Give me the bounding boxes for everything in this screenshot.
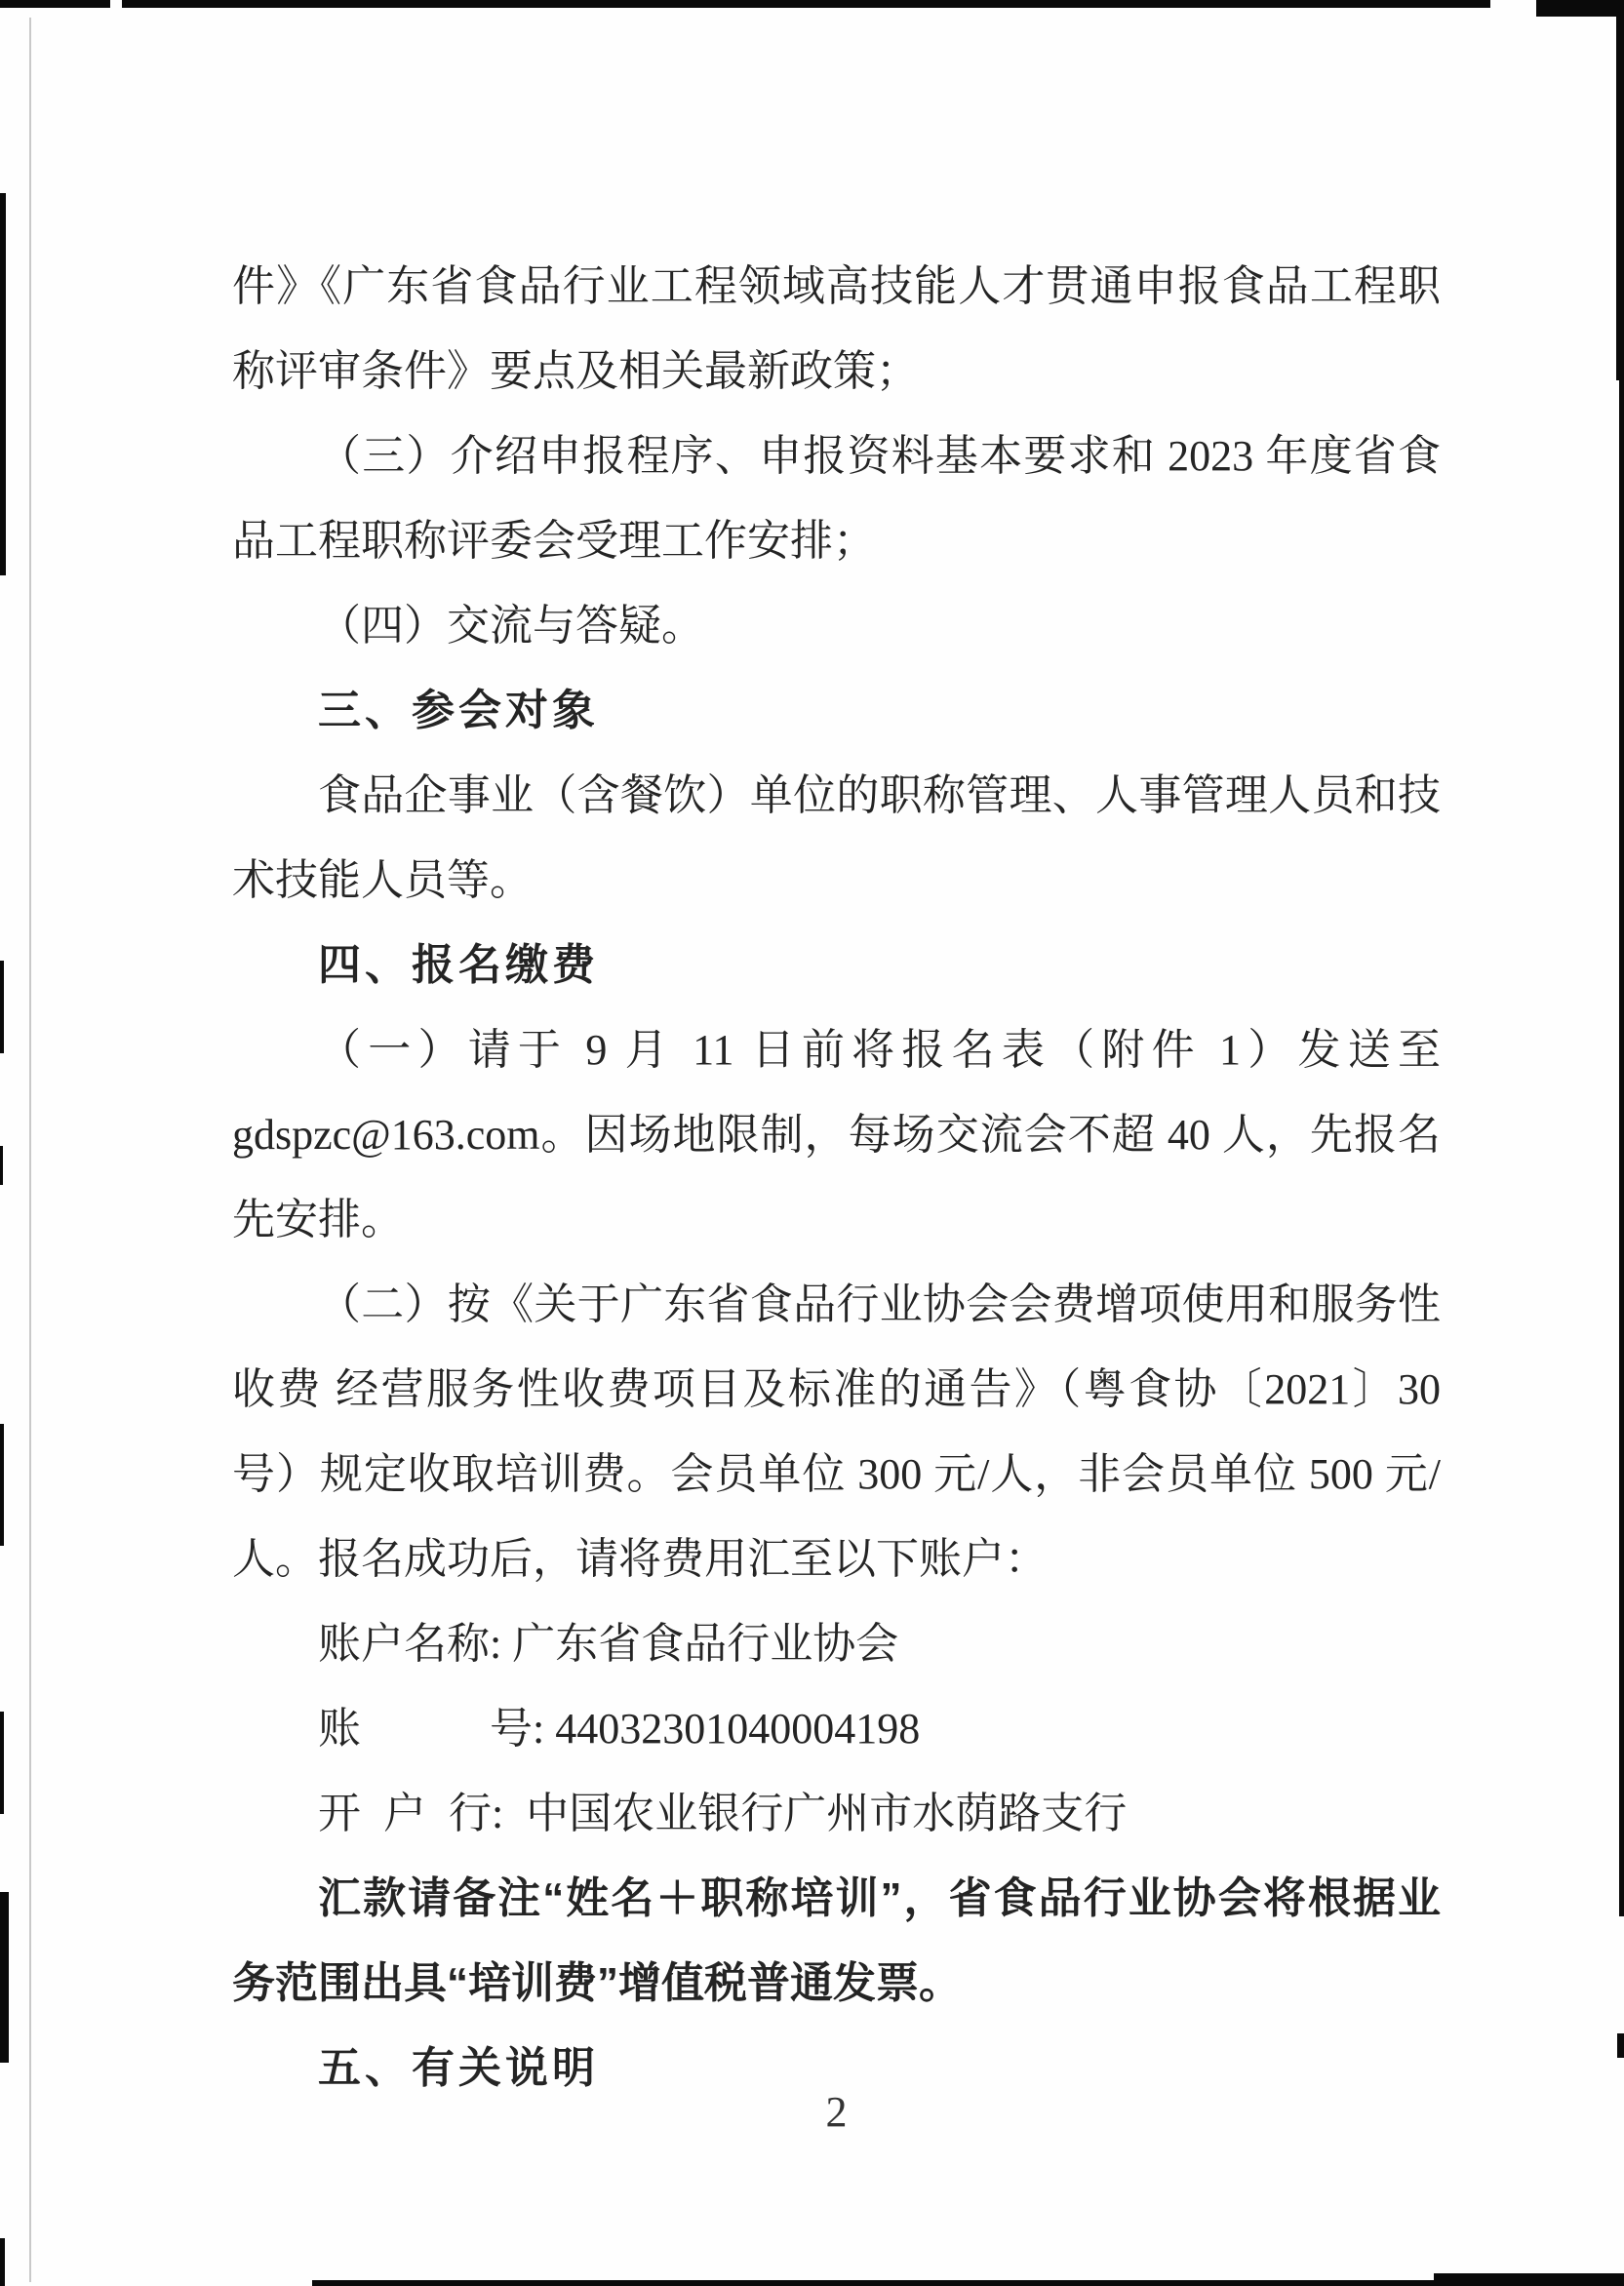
account-name-line: 账户名称: 广东省食品行业协会: [232, 1618, 1441, 1671]
document-page: 件》《广东省食品行业工程领域高技能人才贯通申报食品工程职 称评审条件》要点及相关…: [0, 0, 1624, 2286]
scan-edge-artifact: [1619, 380, 1624, 1916]
scan-edge-artifact: [1617, 2033, 1624, 2058]
text-line-1: 件》《广东省食品行业工程领域高技能人才贯通申报食品工程职: [232, 260, 1441, 313]
scan-edge-artifact: [0, 1146, 3, 1185]
text-line-10: （一）请于 9 月 11 日前将报名表（附件 1）发送至: [232, 1024, 1441, 1077]
scan-edge-artifact: [0, 961, 4, 1053]
page-number: 2: [232, 2087, 1441, 2137]
text-line-13: （二）按《关于广东省食品行业协会会费增项使用和服务性: [232, 1279, 1441, 1331]
scan-edge-artifact: [0, 193, 6, 575]
text-line-14: 收费 经营服务性收费项目及标准的通告》（粤食协〔2021〕30: [232, 1363, 1441, 1416]
scan-edge-artifact: [1616, 0, 1624, 380]
section-heading-participants: 三、参会对象: [232, 685, 1441, 737]
section-heading-registration: 四、报名缴费: [232, 939, 1441, 992]
text-line-3: （三）介绍申报程序、申报资料基本要求和 2023 年度省食: [232, 430, 1441, 483]
scan-edge-artifact: [0, 0, 110, 8]
scan-edge-artifact: [0, 1712, 4, 1814]
scan-edge-artifact: [312, 2280, 1624, 2286]
remittance-note-line-2: 务范围出具“培训费”增值税普通发票。: [232, 1957, 1441, 2010]
bank-branch-line: 开 户 行: 中国农业银行广州市水荫路支行: [232, 1788, 1441, 1840]
scan-edge-artifact: [0, 1424, 4, 1546]
text-line-12: 先安排。: [232, 1194, 1441, 1246]
scan-edge-artifact: [0, 2238, 5, 2286]
text-line-15: 号）规定收取培训费。会员单位 300 元/人，非会员单位 500 元/: [232, 1448, 1441, 1501]
text-line-11: gdspzc@163.com。因场地限制，每场交流会不超 40 人，先报名: [232, 1109, 1441, 1162]
scan-edge-artifact: [122, 0, 1490, 8]
text-line-5: （四）交流与答疑。: [232, 600, 1441, 652]
scan-edge-artifact: [0, 1892, 9, 2063]
remittance-note-line-1: 汇款请备注“姓名＋职称培训”，省食品行业协会将根据业: [232, 1872, 1441, 1925]
account-number-line: 账 号: 44032301040004198: [232, 1703, 1441, 1755]
paper-fold-line: [29, 18, 31, 2282]
text-line-16: 人。报名成功后，请将费用汇至以下账户：: [232, 1533, 1441, 1586]
scan-edge-artifact: [1536, 0, 1624, 17]
text-line-7: 食品企事业（含餐饮）单位的职称管理、人事管理人员和技: [232, 769, 1441, 822]
text-line-4: 品工程职称评委会受理工作安排；: [232, 515, 1441, 568]
scan-edge-artifact: [1434, 2273, 1624, 2286]
text-line-2: 称评审条件》要点及相关最新政策；: [232, 345, 1441, 398]
text-line-8: 术技能人员等。: [232, 854, 1441, 907]
